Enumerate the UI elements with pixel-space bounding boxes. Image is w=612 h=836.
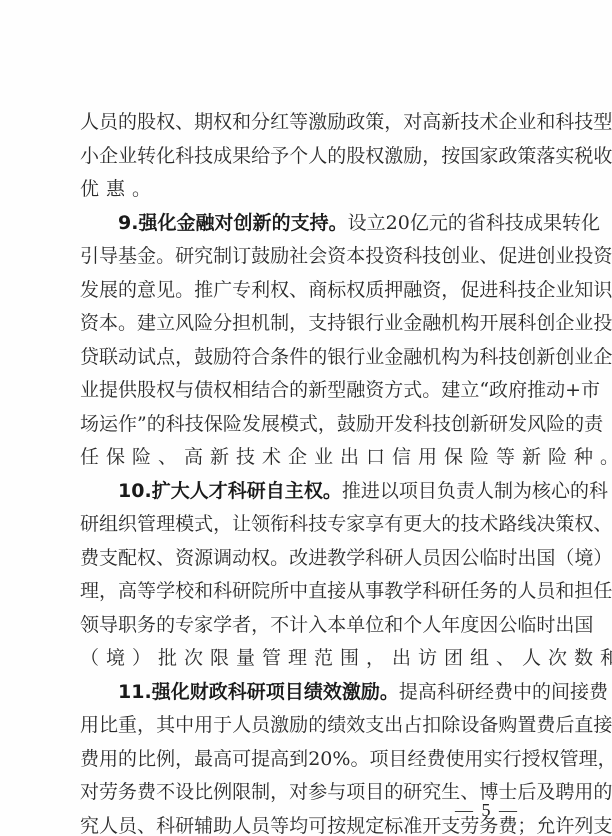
text-line: 研组织管理模式，让领衔科技专家享有更大的技术路线决策权、经 (80, 508, 528, 542)
item-11-first-line: 11.强化财政科研项目绩效激励。提高科研经费中的间接费 (80, 676, 528, 710)
page-number: — 5 — (452, 800, 522, 821)
text-line: 贷联动试点，鼓励符合条件的银行业金融机构为科技创新创业企 (80, 341, 528, 375)
text-line: 小企业转化科技成果给予个人的股权激励，按国家政策落实税收 (80, 140, 528, 174)
text-line: 任保险、高新技术企业出口信用保险等新险种。 (80, 441, 528, 475)
text-line: （境）批次限量管理范围，出访团组、人次数和经费单独统计。 (80, 642, 528, 676)
text-line: 领导职务的专家学者，不计入本单位和个人年度因公临时出国 (80, 609, 528, 643)
text-line: 理，高等学校和科研院所中直接从事教学科研任务的人员和担任 (80, 575, 528, 609)
text-line: 引导基金。研究制订鼓励社会资本投资科技创业、促进创业投资 (80, 240, 528, 274)
text-line: 优惠。 (80, 173, 528, 207)
text-line: 人员的股权、期权和分红等激励政策，对高新技术企业和科技型中 (80, 106, 528, 140)
item-9-first-line: 9.强化金融对创新的支持。设立 20 亿元的省科技成果转化 (80, 207, 528, 241)
text-line: 费用的比例，最高可提高到20%。项目经费使用实行授权管理， (80, 743, 528, 777)
document-page: 人员的股权、期权和分红等激励政策，对高新技术企业和科技型中 小企业转化科技成果给… (0, 0, 612, 836)
document-body: 人员的股权、期权和分红等激励政策，对高新技术企业和科技型中 小企业转化科技成果给… (80, 106, 528, 836)
text-line: 用比重，其中用于人员激励的绩效支出占扣除设备购置费后直接 (80, 709, 528, 743)
text-line: 资本。建立风险分担机制，支持银行业金融机构开展科创企业投 (80, 307, 528, 341)
text-line: 业提供股权与债权相结合的新型融资方式。建立“政府推动+市 (80, 374, 528, 408)
item-10-first-line: 10.扩大人才科研自主权。推进以项目负责人制为核心的科 (80, 475, 528, 509)
text-line: 费支配权、资源调动权。改进教学科研人员因公临时出国（境）管 (80, 542, 528, 576)
text-line: 场运作”的科技保险发展模式，鼓励开发科技创新研发风险的责 (80, 408, 528, 442)
text-line: 发展的意见。推广专利权、商标权质押融资，促进科技企业知识变 (80, 274, 528, 308)
